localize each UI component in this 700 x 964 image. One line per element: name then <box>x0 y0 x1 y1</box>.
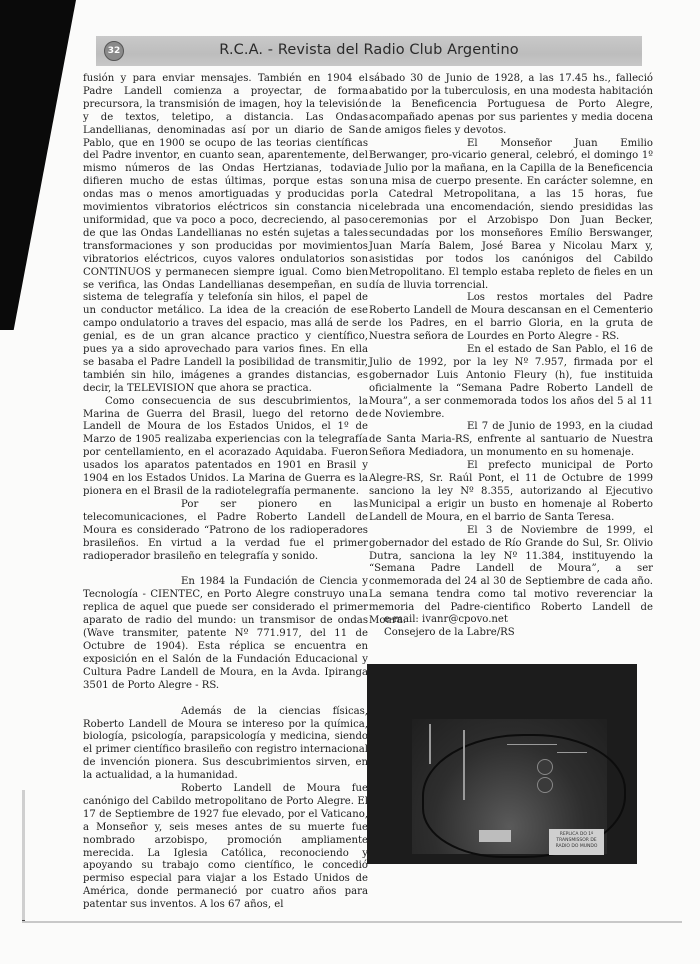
photo-wire <box>429 724 431 764</box>
photo-wire <box>463 730 465 800</box>
paragraph: El prefecto municipal de Porto Alegre-RS… <box>369 460 653 525</box>
paragraph: sábado 30 de Junio de 1928, a las 17.45 … <box>369 73 653 138</box>
right-column: sábado 30 de Junio de 1928, a las 17.45 … <box>369 73 653 628</box>
photo-sphere <box>537 777 553 793</box>
author-role: Consejero de la Labre/RS <box>384 626 515 639</box>
scan-edge <box>22 790 25 923</box>
author-email: e-mail: ivanr@cpovo.net <box>384 613 515 626</box>
page-header: 32 R.C.A. - Revista del Radio Club Argen… <box>96 36 642 66</box>
paragraph: Por ser pionero en las telecomunicacione… <box>83 499 368 564</box>
paragraph: Roberto Landell de Moura fue canónigo de… <box>83 783 368 912</box>
paragraph: El Monseñor Juan Emilio Berwanger, pro-v… <box>369 138 653 293</box>
paragraph: Como consecuencia de sus descubrimientos… <box>83 396 368 499</box>
paragraph: fusión y para enviar mensajes. También e… <box>83 73 368 396</box>
photo-caption-plate: REPLICA DO 1º TRANSMISSOR DE RADIO DO MU… <box>549 829 604 855</box>
paragraph: Además de la ciencias físicas, Roberto L… <box>83 706 368 783</box>
paragraph: En 1984 la Fundación de Ciencia y Tecnol… <box>83 576 368 692</box>
photo-wire <box>557 752 587 753</box>
magazine-title: R.C.A. - Revista del Radio Club Argentin… <box>96 42 642 58</box>
photo-label-plate <box>479 830 511 842</box>
transmitter-replica-photo: REPLICA DO 1º TRANSMISSOR DE RADIO DO MU… <box>367 664 637 864</box>
author-signature: e-mail: ivanr@cpovo.net Consejero de la … <box>384 613 515 639</box>
scan-edge <box>22 921 682 923</box>
photo-sphere <box>537 759 553 775</box>
photo-wire <box>507 744 557 745</box>
scan-shadow <box>0 0 76 330</box>
paragraph: El 7 de Junio de 1993, en la ciudad de S… <box>369 421 653 460</box>
paragraph: En el estado de San Pablo, el 16 de Juli… <box>369 344 653 421</box>
left-column: fusión y para enviar mensajes. También e… <box>83 73 368 912</box>
paragraph: Los restos mortales del Padre Roberto La… <box>369 292 653 344</box>
